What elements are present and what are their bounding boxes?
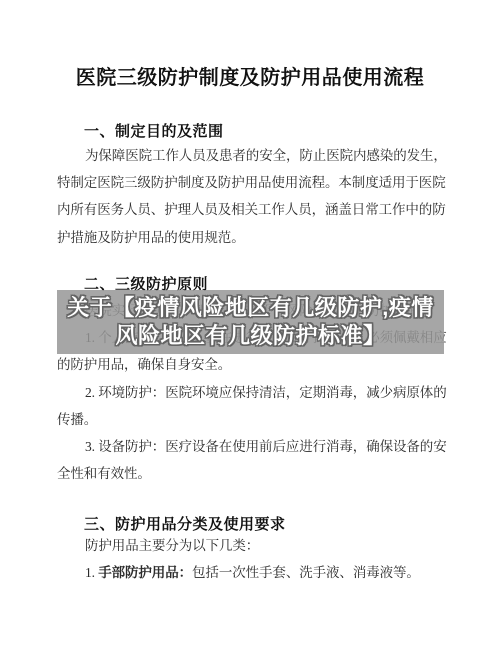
section1-heading: 一、制定目的及范围 bbox=[84, 120, 224, 141]
body-line: 特制定医院三级防护制度及防护用品使用流程。本制度适用于医院 bbox=[57, 169, 447, 196]
page-title: 医院三级防护制度及防护用品使用流程 bbox=[0, 61, 500, 90]
body-line: 护措施及防护用品的使用规范。 bbox=[57, 224, 447, 251]
document-page: 医院三级防护制度及防护用品使用流程 一、制定目的及范围 为保障医院工作人员及患者… bbox=[0, 0, 500, 647]
body-line: 传播。 bbox=[57, 406, 447, 433]
body-line: 为保障医院工作人员及患者的安全，防止医院内感染的发生， bbox=[57, 142, 447, 169]
watermark-overlay: 关于【疫情风险地区有几级防护,疫情 风险地区有几级防护标准】 bbox=[57, 290, 444, 354]
body-line: 3. 设备防护：医疗设备在使用前后应进行消毒，确保设备的安 bbox=[57, 433, 447, 460]
body-line: 的防护用品，确保自身安全。 bbox=[57, 351, 447, 378]
item-description: 包括一次性手套、洗手液、消毒液等。 bbox=[192, 565, 420, 580]
section3-heading: 三、防护用品分类及使用要求 bbox=[84, 513, 286, 534]
body-line-item: 1. 手部防护用品：包括一次性手套、洗手液、消毒液等。 bbox=[57, 559, 447, 586]
watermark-text-line: 关于【疫情风险地区有几级防护,疫情 bbox=[67, 294, 434, 322]
body-line: 全性和有效性。 bbox=[57, 460, 447, 487]
section3-paragraph: 防护用品主要分为以下几类： 1. 手部防护用品：包括一次性手套、洗手液、消毒液等… bbox=[57, 532, 447, 586]
section1-paragraph: 为保障医院工作人员及患者的安全，防止医院内感染的发生， 特制定医院三级防护制度及… bbox=[57, 142, 447, 251]
body-line: 2. 环境防护：医院环境应保持清洁，定期消毒，减少病原体的 bbox=[57, 379, 447, 406]
watermark-text-line: 风险地区有几级防护标准】 bbox=[115, 322, 385, 350]
item-number: 1. bbox=[85, 565, 98, 580]
item-term: 手部防护用品： bbox=[98, 565, 192, 580]
body-line: 内所有医务人员、护理人员及相关工作人员，涵盖日常工作中的防 bbox=[57, 196, 447, 223]
body-line: 防护用品主要分为以下几类： bbox=[57, 532, 447, 559]
